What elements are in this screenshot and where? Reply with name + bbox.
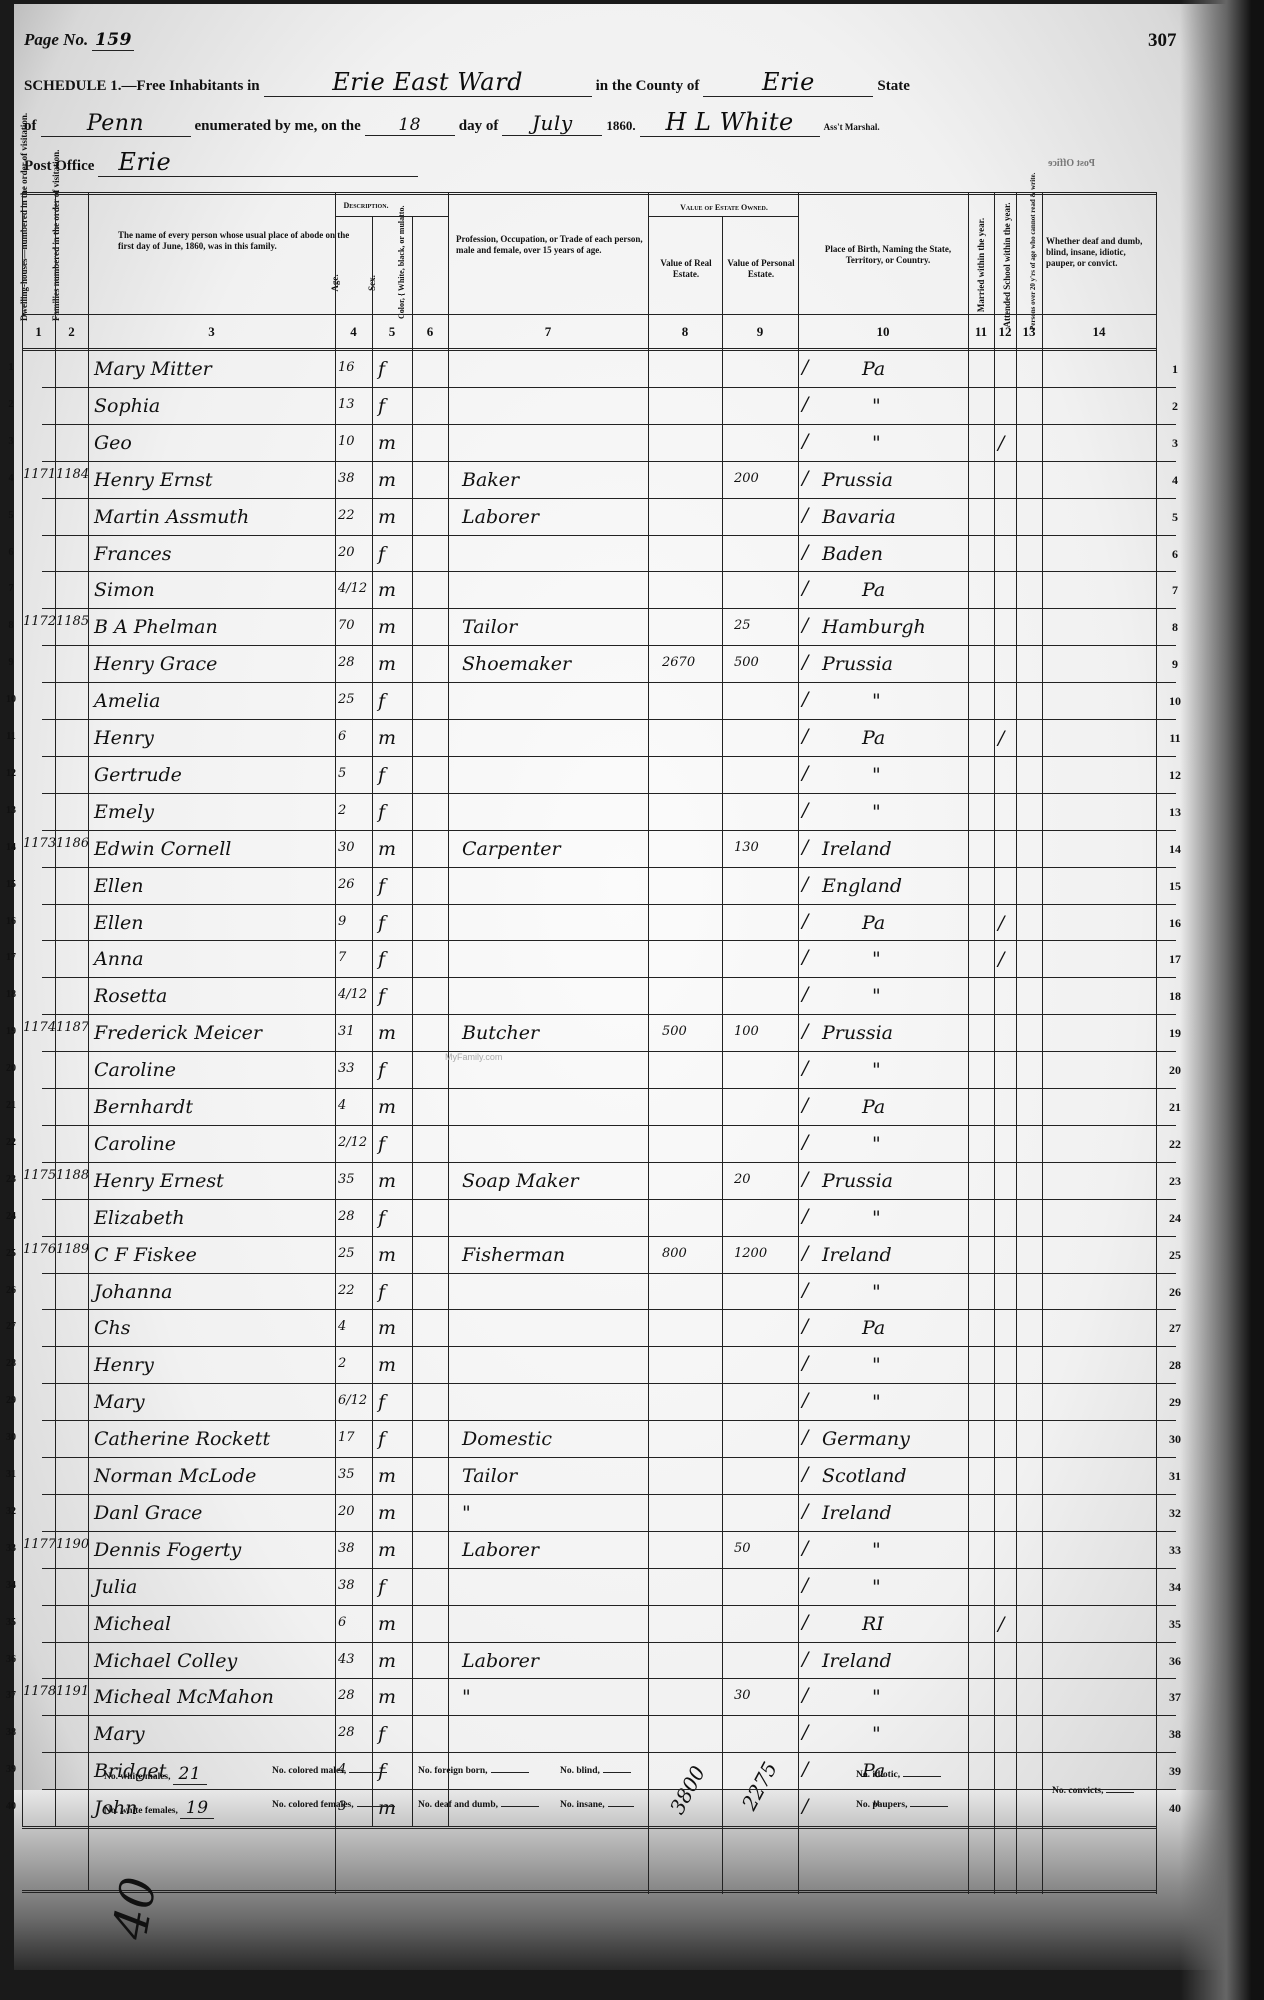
column-rule [55, 192, 56, 1826]
cell-age: 31 [338, 1024, 355, 1039]
cell-name: B A Phelman [94, 616, 218, 638]
day-value: 18 [365, 115, 455, 136]
column-number: 7 [533, 324, 563, 340]
cell-name: Sophia [94, 395, 160, 417]
cell-sex: m [378, 506, 396, 528]
white-males-field: No. white males, 21 [104, 1764, 207, 1785]
cell-sex: f [378, 1133, 385, 1155]
line-number-right: 38 [1168, 1727, 1182, 1742]
cell-occupation: Laborer [462, 506, 539, 528]
cell-age: 22 [338, 508, 355, 523]
table-rule [42, 719, 1176, 720]
line-number-right: 26 [1168, 1285, 1182, 1300]
line-number-right: 10 [1168, 694, 1182, 709]
line-number-right: 23 [1168, 1174, 1182, 1189]
birthplace-tick-mark: / [802, 1537, 808, 1559]
cell-name: Chs [94, 1317, 131, 1339]
table-rule [42, 1309, 1176, 1310]
line-number-left: 10 [4, 694, 18, 705]
line-number-right: 30 [1168, 1432, 1182, 1447]
col-7-header: Profession, Occupation, or Trade of each… [456, 234, 656, 256]
line-number-left: 29 [4, 1395, 18, 1406]
cell-age: 43 [338, 1652, 355, 1667]
cell-birthplace: " [822, 1207, 1012, 1229]
cell-birthplace: " [822, 1281, 1012, 1303]
birthplace-tick-mark: / [802, 1500, 808, 1522]
blind-label: No. blind, [560, 1766, 600, 1776]
line-number-left: 6 [4, 547, 18, 558]
cell-birthplace: Pa [822, 727, 1002, 749]
page-number-value: 159 [92, 30, 134, 51]
cell-age: 4/12 [338, 987, 367, 1002]
cell-birthplace: " [822, 395, 1012, 417]
column-rule [412, 216, 413, 1826]
col-11-header: Married within the year. [976, 200, 990, 330]
table-rule [42, 1125, 1176, 1126]
birthplace-tick-mark: / [802, 467, 808, 489]
cell-personal-estate: 25 [734, 618, 751, 633]
line-number-right: 27 [1168, 1321, 1182, 1336]
cell-name: Mary [94, 1391, 145, 1413]
foreign-born-field: No. foreign born, [418, 1766, 529, 1776]
line-number-right: 29 [1168, 1395, 1182, 1410]
line-number-right: 25 [1168, 1248, 1182, 1263]
table-rule [42, 1199, 1176, 1200]
line-number-right: 35 [1168, 1617, 1182, 1632]
cell-birthplace: " [822, 1059, 1012, 1081]
line-number-right: 24 [1168, 1211, 1182, 1226]
cell-sex: m [378, 1317, 396, 1339]
cell-sex: m [378, 1354, 396, 1376]
line-number-right: 31 [1168, 1469, 1182, 1484]
cell-age: 17 [338, 1430, 355, 1445]
column-rule [88, 192, 89, 1826]
column-number: 4 [339, 324, 369, 340]
cell-age: 28 [338, 1725, 355, 1740]
column-rule [968, 192, 969, 1894]
line-number-right: 5 [1168, 510, 1182, 525]
cell-family: 1188 [56, 1168, 89, 1183]
cell-family: 1190 [56, 1537, 89, 1552]
marshal-label: Ass't Marshal. [824, 122, 880, 132]
line-number-right: 32 [1168, 1506, 1182, 1521]
cell-birthplace: Ireland [822, 838, 962, 860]
post-office-line: Post Office Erie [24, 148, 418, 177]
column-rule [1156, 192, 1157, 1894]
blind-field: No. blind, [560, 1766, 631, 1776]
cell-sex: m [378, 1096, 396, 1118]
cell-sex: f [378, 358, 385, 380]
col-10-header: Place of Birth, Naming the State, Territ… [808, 244, 968, 266]
birthplace-tick-mark: / [802, 1205, 808, 1227]
cell-family: 1187 [56, 1020, 89, 1035]
cell-sex: f [378, 985, 385, 1007]
col-1-header: Dwelling-houses—numbered in the order of… [19, 201, 49, 321]
day-of-label: day of [459, 118, 499, 134]
cell-birthplace: Prussia [822, 653, 962, 675]
table-rule [42, 645, 1176, 646]
column-rule [88, 1826, 89, 1890]
cell-age: 4 [338, 1098, 346, 1113]
table-rule [42, 424, 1176, 425]
column-number: 2 [57, 324, 87, 340]
birthplace-tick-mark: / [802, 1795, 808, 1817]
cell-age: 70 [338, 618, 355, 633]
cell-occupation: Butcher [462, 1022, 539, 1044]
birthplace-tick-mark: / [802, 651, 808, 673]
cell-name: Caroline [94, 1133, 176, 1155]
paupers-field: No. paupers, [856, 1800, 948, 1810]
cell-real-estate: 500 [662, 1024, 687, 1039]
cell-birthplace: Prussia [822, 1022, 962, 1044]
table-rule [22, 348, 1156, 351]
cell-birthplace: Prussia [822, 469, 962, 491]
colored-males-field: No. colored males, [272, 1766, 387, 1776]
cell-sex: f [378, 1281, 385, 1303]
cell-name: Anna [94, 948, 144, 970]
cell-personal-estate: 1200 [734, 1246, 767, 1261]
table-rule [42, 1568, 1176, 1569]
cell-age: 22 [338, 1283, 355, 1298]
cell-age: 33 [338, 1061, 355, 1076]
line-number-left: 35 [4, 1617, 18, 1628]
table-rule [22, 1826, 1156, 1829]
table-rule [42, 387, 1176, 388]
line-number-left: 33 [4, 1543, 18, 1554]
column-number: 14 [1084, 324, 1114, 340]
cell-birthplace: RI [822, 1613, 1002, 1635]
cell-age: 6 [338, 1615, 346, 1630]
cell-family: 1186 [56, 836, 89, 851]
cell-sex: f [378, 875, 385, 897]
line-number-left: 28 [4, 1358, 18, 1369]
cell-occupation: " [462, 1502, 471, 1524]
deaf-dumb-label: No. deaf and dumb, [418, 1800, 498, 1810]
table-rule [335, 216, 448, 217]
line-number-right: 18 [1168, 989, 1182, 1004]
birthplace-tick-mark: / [802, 356, 808, 378]
table-rule [42, 1014, 1176, 1015]
cell-age: 38 [338, 471, 355, 486]
line-number-left: 20 [4, 1063, 18, 1074]
personal-estate-total: 2275 [737, 1758, 782, 1814]
cell-sex: m [378, 727, 396, 749]
cell-age: 26 [338, 877, 355, 892]
convicts-label: No. convicts, [1052, 1786, 1103, 1796]
line-number-left: 12 [4, 768, 18, 779]
line-number-left: 13 [4, 805, 18, 816]
birthplace-tick-mark: / [802, 910, 808, 932]
cell-school: / [998, 948, 1004, 970]
column-number: 9 [745, 324, 775, 340]
cell-birthplace: " [822, 1354, 1012, 1376]
county-label: in the County of [596, 78, 700, 94]
cell-personal-estate: 50 [734, 1541, 751, 1556]
white-females-value: 19 [180, 1798, 214, 1819]
table-rule [42, 1457, 1176, 1458]
cell-sex: f [378, 1391, 385, 1413]
cell-birthplace: Pa [822, 1096, 1002, 1118]
cell-age: 25 [338, 1246, 355, 1261]
line-number-right: 8 [1168, 620, 1182, 635]
col-13-header: Persons over 20 y'rs of age who cannot r… [1028, 200, 1042, 330]
cell-birthplace: Ireland [822, 1502, 962, 1524]
table-rule [42, 1752, 1176, 1753]
cell-age: 28 [338, 1209, 355, 1224]
cell-sex: m [378, 1170, 396, 1192]
cell-birthplace: Scotland [822, 1465, 962, 1487]
col-4-header: Age. [330, 253, 344, 313]
table-rule [42, 1088, 1176, 1089]
line-number-left: 30 [4, 1432, 18, 1443]
bleed-through-text: Post Office [1048, 158, 1095, 169]
column-number: 8 [670, 324, 700, 340]
cell-name: Emely [94, 801, 154, 823]
birthplace-tick-mark: / [802, 799, 808, 821]
cell-sex: m [378, 1465, 396, 1487]
cell-age: 2 [338, 1356, 346, 1371]
column-rule [1042, 192, 1043, 1894]
cell-school: / [998, 912, 1004, 934]
cell-dwelling: 1178 [23, 1684, 56, 1699]
cell-age: 2 [338, 803, 346, 818]
cell-name: Geo [94, 432, 132, 454]
line-number-right: 37 [1168, 1690, 1182, 1705]
birthplace-tick-mark: / [802, 688, 808, 710]
line-number-left: 31 [4, 1469, 18, 1480]
colored-females-label: No. colored females, [272, 1800, 354, 1810]
census-table: Dwelling-houses—numbered in the order of… [22, 196, 1156, 1832]
cell-name: Norman McLode [94, 1465, 256, 1487]
cell-occupation: Baker [462, 469, 519, 491]
line-number-right: 22 [1168, 1137, 1182, 1152]
line-number-left: 40 [4, 1801, 18, 1812]
line-number-left: 8 [4, 620, 18, 631]
cell-birthplace: Hamburgh [822, 616, 962, 638]
cell-occupation: Laborer [462, 1539, 539, 1561]
line-number-right: 36 [1168, 1654, 1182, 1669]
cell-name: Henry Ernst [94, 469, 212, 491]
state-value: Penn [41, 111, 191, 137]
cell-age: 4 [338, 1319, 346, 1334]
schedule-line: SCHEDULE 1.—Free Inhabitants in Erie Eas… [24, 68, 910, 97]
colored-females-field: No. colored females, [272, 1800, 395, 1810]
line-number-left: 22 [4, 1137, 18, 1148]
column-rule [372, 216, 373, 1826]
cell-occupation: Domestic [462, 1428, 552, 1450]
cell-name: Martin Assmuth [94, 506, 249, 528]
birthplace-tick-mark: / [802, 1315, 808, 1337]
table-rule [42, 1273, 1176, 1274]
cell-family: 1185 [56, 614, 89, 629]
table-rule [42, 1051, 1176, 1052]
column-rule [22, 192, 23, 1826]
cell-name: Dennis Fogerty [94, 1539, 241, 1561]
cell-dwelling: 1173 [23, 836, 56, 851]
cell-age: 30 [338, 840, 355, 855]
birthplace-tick-mark: / [802, 1131, 808, 1153]
cell-family: 1184 [56, 467, 89, 482]
line-number-left: 5 [4, 510, 18, 521]
column-rule [448, 192, 449, 1826]
enumerated-label: enumerated by me, on the [195, 118, 361, 134]
cell-sex: m [378, 1022, 396, 1044]
table-rule [42, 977, 1176, 978]
birthplace-tick-mark: / [802, 1684, 808, 1706]
cell-name: Bernhardt [94, 1096, 193, 1118]
line-number-right: 21 [1168, 1100, 1182, 1115]
cell-name: Danl Grace [94, 1502, 202, 1524]
cell-age: 16 [338, 360, 355, 375]
line-number-left: 15 [4, 879, 18, 890]
cell-school: / [998, 432, 1004, 454]
idiotic-label: No. idiotic, [856, 1770, 900, 1780]
line-number-left: 11 [4, 731, 18, 742]
cell-occupation: Fisherman [462, 1244, 565, 1266]
county-value: Erie [703, 68, 873, 97]
page-total-note: 40 [102, 1873, 168, 1944]
year-label: 1860. [606, 118, 635, 133]
line-number-right: 39 [1168, 1764, 1182, 1779]
cell-sex: f [378, 948, 385, 970]
cell-sex: m [378, 1539, 396, 1561]
cell-sex: f [378, 801, 385, 823]
cell-birthplace: " [822, 1576, 1012, 1598]
foreign-born-label: No. foreign born, [418, 1766, 488, 1776]
table-rule [42, 940, 1176, 941]
table-rule [42, 535, 1176, 536]
table-rule [42, 461, 1176, 462]
column-number: 13 [1014, 324, 1044, 340]
cell-age: 28 [338, 1688, 355, 1703]
table-rule [42, 1383, 1176, 1384]
line-number-right: 14 [1168, 842, 1182, 857]
cell-birthplace: " [822, 690, 1012, 712]
cell-age: 6 [338, 729, 346, 744]
marshal-value: H L White [640, 108, 820, 137]
line-number-left: 24 [4, 1211, 18, 1222]
table-rule [42, 1789, 1176, 1790]
col-5-header: Sex. [367, 253, 381, 313]
cell-birthplace: " [822, 1539, 1012, 1561]
cell-name: Henry Ernest [94, 1170, 224, 1192]
page-number-field: Page No. 159 [24, 30, 134, 51]
cell-occupation: Shoemaker [462, 653, 571, 675]
line-number-right: 19 [1168, 1026, 1182, 1041]
cell-birthplace: Prussia [822, 1170, 962, 1192]
cell-age: 6/12 [338, 1393, 367, 1408]
cell-age: 25 [338, 692, 355, 707]
cell-name: Henry Grace [94, 653, 217, 675]
cell-sex: m [378, 1650, 396, 1672]
cell-occupation: Laborer [462, 1650, 539, 1672]
table-rule [648, 216, 798, 217]
line-number-right: 4 [1168, 473, 1182, 488]
cell-sex: f [378, 395, 385, 417]
cell-birthplace: Ireland [822, 1244, 962, 1266]
post-office-value: Erie [98, 148, 418, 177]
cell-dwelling: 1171 [23, 467, 56, 482]
birthplace-tick-mark: / [802, 1463, 808, 1485]
cell-name: Simon [94, 579, 155, 601]
month-value: July [502, 111, 602, 136]
birthplace-tick-mark: / [802, 577, 808, 599]
idiotic-field: No. idiotic, [856, 1770, 941, 1780]
description-group-header: Description. [266, 200, 466, 211]
schedule-label: SCHEDULE 1.—Free Inhabitants in [24, 78, 260, 94]
line-number-left: 4 [4, 473, 18, 484]
cell-sex: m [378, 1244, 396, 1266]
line-number-left: 1 [4, 362, 18, 373]
cell-age: 13 [338, 397, 355, 412]
line-number-left: 16 [4, 916, 18, 927]
cell-age: 10 [338, 434, 355, 449]
column-rule [994, 192, 995, 1894]
cell-name: Mary Mitter [94, 358, 212, 380]
cell-sex: f [378, 1059, 385, 1081]
line-number-left: 32 [4, 1506, 18, 1517]
line-number-left: 34 [4, 1580, 18, 1591]
table-rule [42, 1531, 1176, 1532]
line-number-right: 16 [1168, 916, 1182, 931]
column-number: 3 [197, 324, 227, 340]
cell-name: Frances [94, 543, 171, 565]
table-rule [42, 571, 1176, 572]
birthplace-tick-mark: / [802, 725, 808, 747]
column-number: 5 [377, 324, 407, 340]
cell-sex: m [378, 1613, 396, 1635]
line-number-left: 27 [4, 1321, 18, 1332]
cell-birthplace: Pa [822, 579, 1002, 601]
birthplace-tick-mark: / [802, 614, 808, 636]
col-9-header: Value of Personal Estate. [726, 258, 796, 280]
birthplace-tick-mark: / [802, 1279, 808, 1301]
cell-sex: f [378, 912, 385, 934]
birthplace-tick-mark: / [802, 393, 808, 415]
cell-age: 28 [338, 655, 355, 670]
birthplace-tick-mark: / [802, 1426, 808, 1448]
line-number-right: 7 [1168, 583, 1182, 598]
cell-age: 38 [338, 1578, 355, 1593]
cell-age: 38 [338, 1541, 355, 1556]
line-number-left: 19 [4, 1026, 18, 1037]
line-number-right: 34 [1168, 1580, 1182, 1595]
cell-sex: m [378, 469, 396, 491]
birthplace-tick-mark: / [802, 873, 808, 895]
cell-birthplace: Bavaria [822, 506, 962, 528]
cell-occupation: " [462, 1686, 471, 1708]
cell-name: Catherine Rockett [94, 1428, 270, 1450]
cell-sex: m [378, 432, 396, 454]
table-rule [42, 904, 1176, 905]
cell-personal-estate: 200 [734, 471, 759, 486]
convicts-field: No. convicts, [1052, 1786, 1134, 1796]
column-rule [335, 192, 336, 1894]
cell-dwelling: 1177 [23, 1537, 56, 1552]
line-number-left: 2 [4, 399, 18, 410]
cell-birthplace: Pa [822, 358, 1002, 380]
table-rule [22, 192, 1156, 195]
line-number-left: 17 [4, 952, 18, 963]
cell-family: 1189 [56, 1242, 89, 1257]
table-rule [42, 1605, 1176, 1606]
birthplace-tick-mark: / [802, 1168, 808, 1190]
birthplace-tick-mark: / [802, 983, 808, 1005]
cell-name: Gertrude [94, 764, 182, 786]
table-rule [42, 1346, 1176, 1347]
line-number-left: 37 [4, 1690, 18, 1701]
line-number-right: 20 [1168, 1063, 1182, 1078]
